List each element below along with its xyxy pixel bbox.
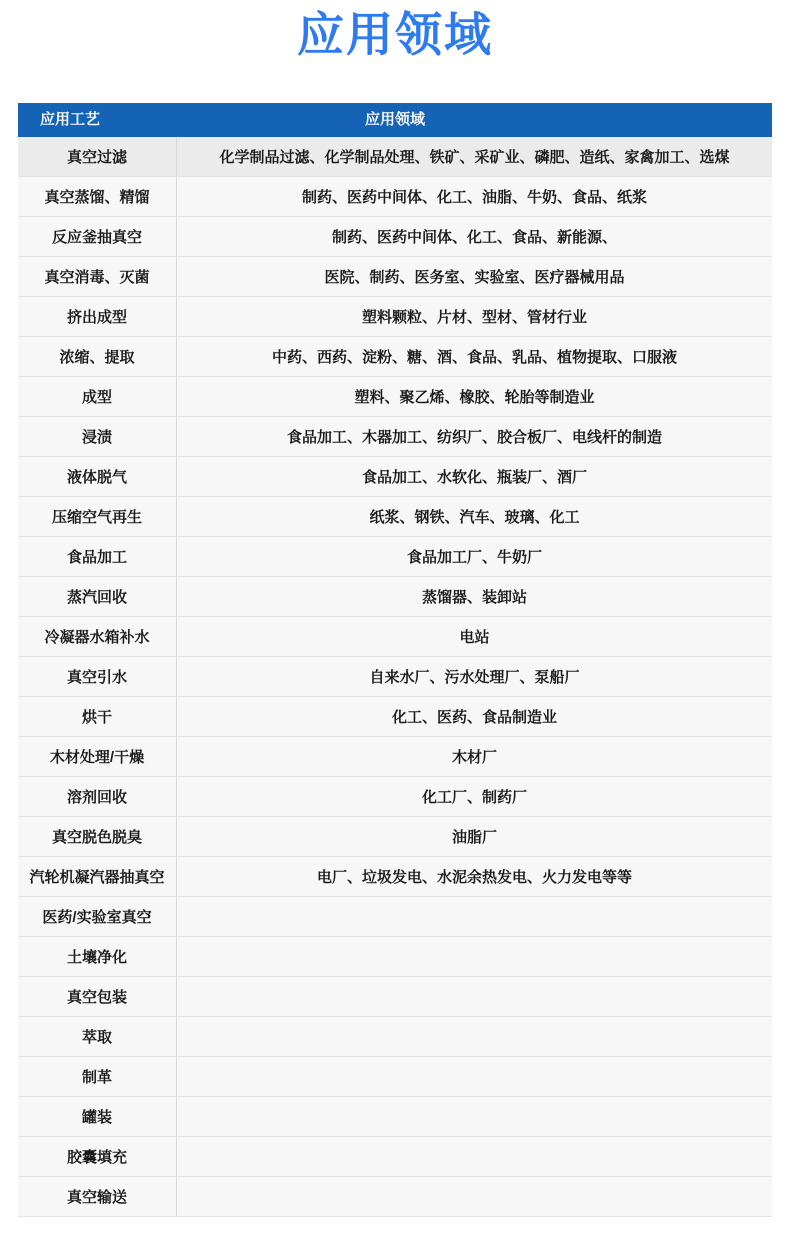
process-cell: 罐装 <box>18 1097 177 1136</box>
table-row: 医药/实验室真空 <box>18 897 772 937</box>
fields-cell: 食品加工、木器加工、纺织厂、胶合板厂、电线杆的制造 <box>177 417 772 456</box>
table-row: 烘干化工、医药、食品制造业 <box>18 697 772 737</box>
table-row: 反应釜抽真空制药、医药中间体、化工、食品、新能源、 <box>18 217 772 257</box>
table-row: 真空输送 <box>18 1177 772 1217</box>
fields-cell <box>177 937 772 976</box>
process-cell: 食品加工 <box>18 537 177 576</box>
applications-table: 应用工艺 应用领域 真空过滤化学制品过滤、化学制品处理、铁矿、采矿业、磷肥、造纸… <box>18 103 772 1217</box>
process-cell: 冷凝器水箱补水 <box>18 617 177 656</box>
process-cell: 真空引水 <box>18 657 177 696</box>
process-cell: 液体脱气 <box>18 457 177 496</box>
process-cell: 木材处理/干燥 <box>18 737 177 776</box>
table-row: 萃取 <box>18 1017 772 1057</box>
process-cell: 真空脱色脱臭 <box>18 817 177 856</box>
fields-cell <box>177 1097 772 1136</box>
process-cell: 胶囊填充 <box>18 1137 177 1176</box>
table-row: 真空引水自来水厂、污水处理厂、泵船厂 <box>18 657 772 697</box>
process-cell: 挤出成型 <box>18 297 177 336</box>
fields-cell: 自来水厂、污水处理厂、泵船厂 <box>177 657 772 696</box>
fields-cell: 纸浆、钢铁、汽车、玻璃、化工 <box>177 497 772 536</box>
fields-cell: 油脂厂 <box>177 817 772 856</box>
page: 应用领域 应用工艺 应用领域 真空过滤化学制品过滤、化学制品处理、铁矿、采矿业、… <box>0 0 790 1238</box>
process-cell: 浸渍 <box>18 417 177 456</box>
fields-cell: 木材厂 <box>177 737 772 776</box>
table-row: 真空包装 <box>18 977 772 1017</box>
fields-cell: 医院、制药、医务室、实验室、医疗器械用品 <box>177 257 772 296</box>
process-cell: 真空蒸馏、精馏 <box>18 177 177 216</box>
fields-cell: 制药、医药中间体、化工、油脂、牛奶、食品、纸浆 <box>177 177 772 216</box>
process-cell: 汽轮机凝汽器抽真空 <box>18 857 177 896</box>
fields-cell: 制药、医药中间体、化工、食品、新能源、 <box>177 217 772 256</box>
table-row: 液体脱气食品加工、水软化、瓶装厂、酒厂 <box>18 457 772 497</box>
table-body: 真空过滤化学制品过滤、化学制品处理、铁矿、采矿业、磷肥、造纸、家禽加工、选煤真空… <box>18 137 772 1217</box>
table-row: 冷凝器水箱补水电站 <box>18 617 772 657</box>
table-row: 胶囊填充 <box>18 1137 772 1177</box>
process-cell: 溶剂回收 <box>18 777 177 816</box>
fields-cell <box>177 1137 772 1176</box>
table-row: 木材处理/干燥木材厂 <box>18 737 772 777</box>
process-cell: 真空消毒、灭菌 <box>18 257 177 296</box>
table-row: 压缩空气再生纸浆、钢铁、汽车、玻璃、化工 <box>18 497 772 537</box>
fields-cell <box>177 897 772 936</box>
table-row: 挤出成型塑料颗粒、片材、型材、管材行业 <box>18 297 772 337</box>
table-row: 制革 <box>18 1057 772 1097</box>
process-cell: 反应釜抽真空 <box>18 217 177 256</box>
table-row: 浓缩、提取中药、西药、淀粉、糖、酒、食品、乳品、植物提取、口服液 <box>18 337 772 377</box>
process-cell: 烘干 <box>18 697 177 736</box>
fields-cell: 蒸馏器、装卸站 <box>177 577 772 616</box>
process-cell: 真空过滤 <box>18 137 177 176</box>
column-header-field: 应用领域 <box>18 103 772 137</box>
table-row: 真空过滤化学制品过滤、化学制品处理、铁矿、采矿业、磷肥、造纸、家禽加工、选煤 <box>18 137 772 177</box>
table-row: 真空脱色脱臭油脂厂 <box>18 817 772 857</box>
fields-cell <box>177 1177 772 1216</box>
process-cell: 土壤净化 <box>18 937 177 976</box>
process-cell: 真空包装 <box>18 977 177 1016</box>
process-cell: 医药/实验室真空 <box>18 897 177 936</box>
process-cell: 成型 <box>18 377 177 416</box>
fields-cell: 化工、医药、食品制造业 <box>177 697 772 736</box>
table-row: 浸渍食品加工、木器加工、纺织厂、胶合板厂、电线杆的制造 <box>18 417 772 457</box>
table-row: 成型塑料、聚乙烯、橡胶、轮胎等制造业 <box>18 377 772 417</box>
fields-cell: 化工厂、制药厂 <box>177 777 772 816</box>
fields-cell: 中药、西药、淀粉、糖、酒、食品、乳品、植物提取、口服液 <box>177 337 772 376</box>
table-row: 溶剂回收化工厂、制药厂 <box>18 777 772 817</box>
fields-cell <box>177 1057 772 1096</box>
table-row: 罐装 <box>18 1097 772 1137</box>
page-title: 应用领域 <box>0 0 790 66</box>
process-cell: 浓缩、提取 <box>18 337 177 376</box>
table-row: 食品加工食品加工厂、牛奶厂 <box>18 537 772 577</box>
process-cell: 真空输送 <box>18 1177 177 1216</box>
process-cell: 蒸汽回收 <box>18 577 177 616</box>
fields-cell: 电站 <box>177 617 772 656</box>
fields-cell: 电厂、垃圾发电、水泥余热发电、火力发电等等 <box>177 857 772 896</box>
process-cell: 压缩空气再生 <box>18 497 177 536</box>
process-cell: 制革 <box>18 1057 177 1096</box>
fields-cell: 化学制品过滤、化学制品处理、铁矿、采矿业、磷肥、造纸、家禽加工、选煤 <box>177 137 772 176</box>
table-row: 真空消毒、灭菌医院、制药、医务室、实验室、医疗器械用品 <box>18 257 772 297</box>
fields-cell: 食品加工、水软化、瓶装厂、酒厂 <box>177 457 772 496</box>
process-cell: 萃取 <box>18 1017 177 1056</box>
table-row: 真空蒸馏、精馏制药、医药中间体、化工、油脂、牛奶、食品、纸浆 <box>18 177 772 217</box>
fields-cell: 食品加工厂、牛奶厂 <box>177 537 772 576</box>
table-row: 土壤净化 <box>18 937 772 977</box>
table-row: 汽轮机凝汽器抽真空电厂、垃圾发电、水泥余热发电、火力发电等等 <box>18 857 772 897</box>
table-row: 蒸汽回收蒸馏器、装卸站 <box>18 577 772 617</box>
table-header-row: 应用工艺 应用领域 <box>18 103 772 137</box>
fields-cell <box>177 1017 772 1056</box>
fields-cell: 塑料颗粒、片材、型材、管材行业 <box>177 297 772 336</box>
fields-cell: 塑料、聚乙烯、橡胶、轮胎等制造业 <box>177 377 772 416</box>
fields-cell <box>177 977 772 1016</box>
